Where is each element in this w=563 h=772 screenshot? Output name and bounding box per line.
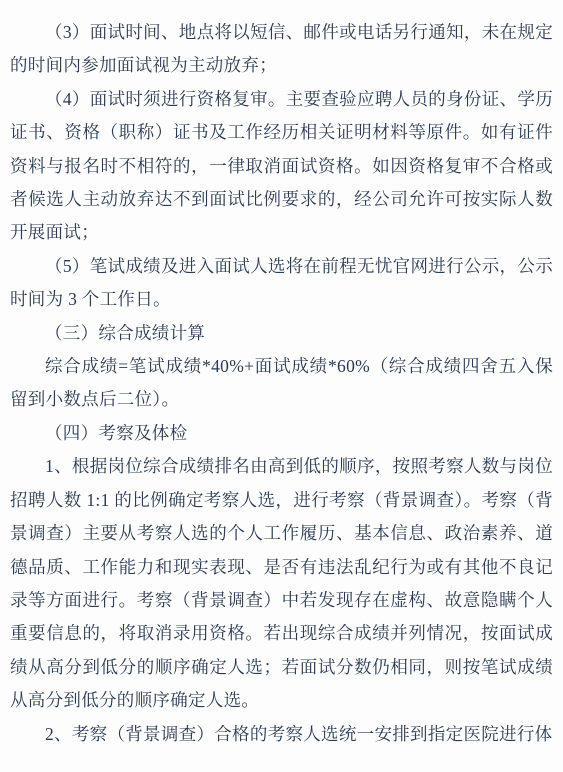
heading-section-3-composite-score: （三）综合成绩计算 bbox=[10, 317, 553, 350]
heading-section-4-inspection-physical: （四）考察及体检 bbox=[10, 417, 553, 450]
para-score-formula: 综合成绩=笔试成绩*40%+面试成绩*60%（综合成绩四舍五入保留到小数点后二位… bbox=[10, 350, 553, 417]
para-item-1-background-check: 1、根据岗位综合成绩排名由高到低的顺序，按照考察人数与岗位招聘人数 1:1 的比… bbox=[10, 450, 553, 717]
document-page: （3）面试时间、地点将以短信、邮件或电话另行通知，未在规定的时间内参加面试视为主… bbox=[0, 0, 563, 772]
para-item-3: （3）面试时间、地点将以短信、邮件或电话另行通知，未在规定的时间内参加面试视为主… bbox=[10, 16, 553, 83]
para-item-4: （4）面试时须进行资格复审。主要查验应聘人员的身份证、学历证书、资格（职称）证书… bbox=[10, 83, 553, 250]
para-item-2-medical-exam: 2、考察（背景调查）合格的考察人选统一安排到指定医院进行体 bbox=[10, 718, 553, 751]
para-item-5: （5）笔试成绩及进入面试人选将在前程无忧官网进行公示，公示时间为 3 个工作日。 bbox=[10, 250, 553, 317]
